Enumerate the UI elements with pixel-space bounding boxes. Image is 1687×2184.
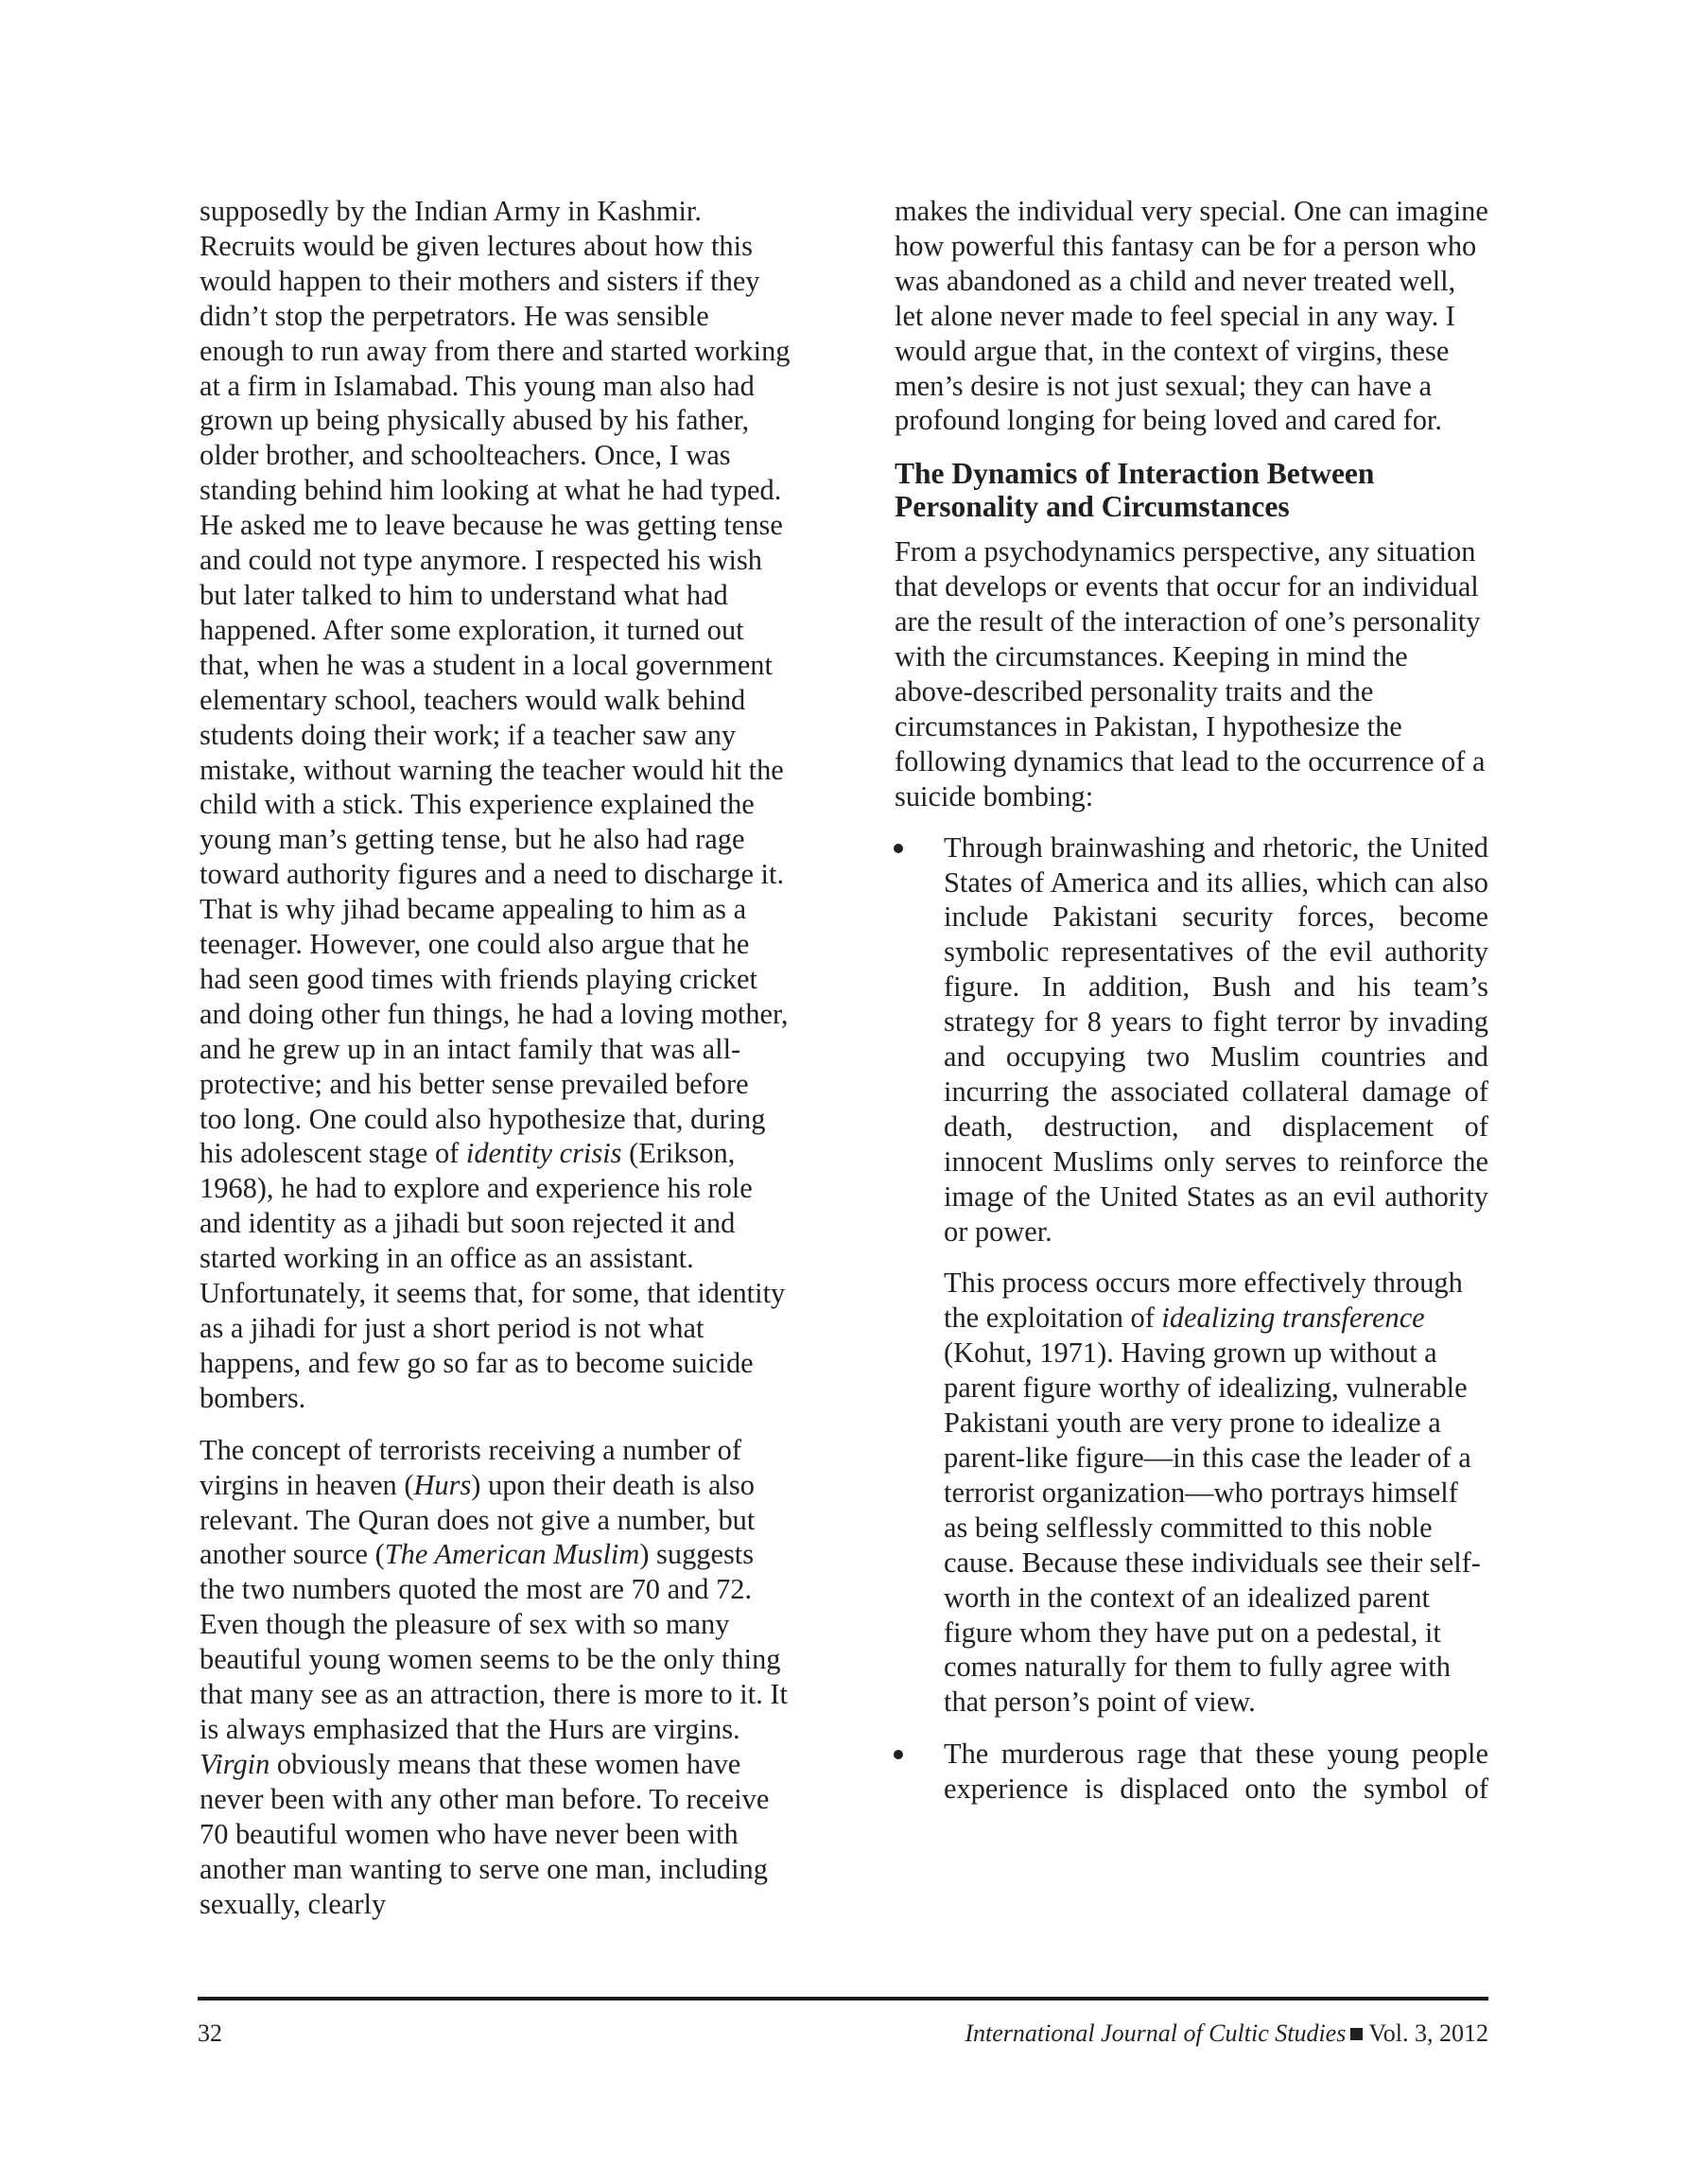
bullet-list: Through brainwashing and rhetoric, the U…	[895, 830, 1488, 1807]
text-run: obviously means that these women have ne…	[200, 1748, 769, 1920]
journal-volume: Vol. 3, 2012	[1368, 2019, 1488, 2047]
bullet-icon	[894, 1750, 903, 1759]
paragraph: From a psychodynamics perspective, any s…	[895, 534, 1488, 813]
bullet-icon	[894, 844, 903, 853]
italic-term: identity crisis	[466, 1137, 622, 1169]
text-run: (Kohut, 1971). Having grown up without a…	[944, 1337, 1481, 1718]
text-run: (Erikson, 1968), he had to explore and e…	[200, 1137, 785, 1413]
section-heading: The Dynamics of Interaction Between Pers…	[895, 457, 1488, 523]
text-run: supposedly by the Indian Army in Kashmir…	[200, 195, 791, 1169]
footer-rule	[198, 1997, 1488, 2001]
italic-term: Virgin	[200, 1748, 270, 1780]
paragraph: supposedly by the Indian Army in Kashmir…	[200, 194, 791, 1416]
bullet-subparagraph: This process occurs more effectively thr…	[944, 1266, 1488, 1720]
bullet-text: Through brainwashing and rhetoric, the U…	[944, 830, 1488, 1249]
bullet-item: The murderous rage that these young peop…	[895, 1737, 1488, 1807]
left-column: supposedly by the Indian Army in Kashmir…	[200, 194, 791, 1921]
paragraph: The concept of terrorists receiving a nu…	[200, 1433, 791, 1922]
paragraph: makes the individual very special. One c…	[895, 194, 1488, 438]
italic-term: Hurs	[413, 1469, 471, 1501]
journal-title: International Journal of Cultic Studies	[965, 2019, 1346, 2047]
bullet-text: The murderous rage that these young peop…	[944, 1737, 1488, 1807]
italic-term: idealizing transference	[1161, 1302, 1424, 1334]
right-column: makes the individual very special. One c…	[895, 194, 1488, 1824]
bullet-item: Through brainwashing and rhetoric, the U…	[895, 830, 1488, 1721]
italic-title: The American Muslim	[385, 1538, 640, 1570]
square-separator-icon	[1350, 2028, 1363, 2040]
journal-citation: International Journal of Cultic StudiesV…	[965, 2018, 1488, 2049]
page-number: 32	[198, 2018, 222, 2049]
